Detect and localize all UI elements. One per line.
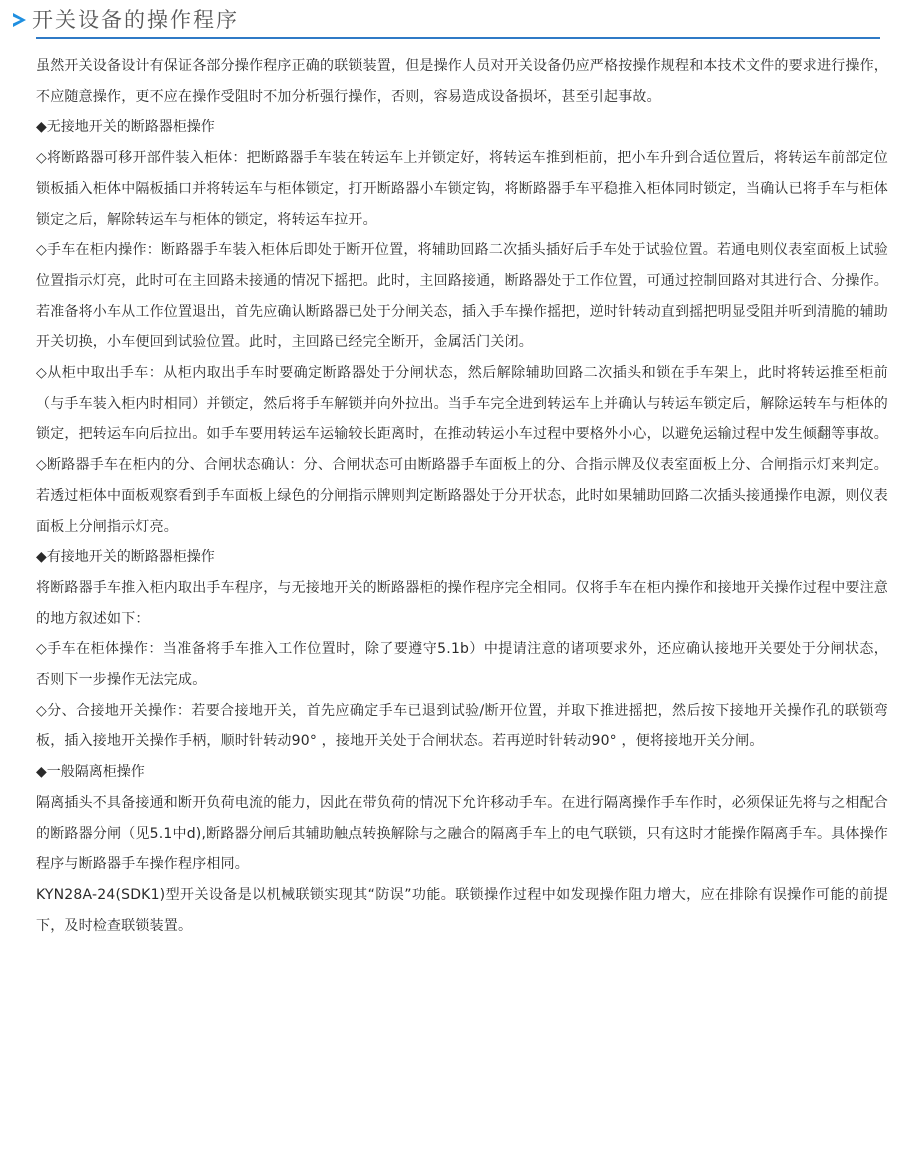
section-heading-with-earthing: ◆有接地开关的断路器柜操作 [36, 542, 888, 573]
paragraph-isolation: 隔离插头不具备接通和断开负荷电流的能力，因此在带负荷的情况下允许移动手车。在进行… [36, 788, 888, 880]
section-heading-no-earthing: ◆无接地开关的断路器柜操作 [36, 112, 888, 143]
paragraph-earthing-intro: 将断路器手车推入柜内取出手车程序，与无接地开关的断路器柜的操作程序完全相同。仅将… [36, 573, 888, 634]
section-header: 开关设备的操作程序 [12, 4, 239, 34]
paragraph-earthing-switch: ◇分、合接地开关操作：若要合接地开关，首先应确定手车已退到试验/断开位置，并取下… [36, 696, 888, 757]
paragraph-truck-in-body: ◇手车在柜体操作：当准备将手车推入工作位置时，除了要遵守5.1b）中提请注意的诸… [36, 634, 888, 695]
paragraph-interlock: KYN28A-24(SDK1)型开关设备是以机械联锁实现其“防误”功能。联锁操作… [36, 880, 888, 941]
page-title: 开关设备的操作程序 [32, 4, 239, 34]
chevron-right-icon [12, 10, 28, 30]
paragraph-remove-truck: ◇从柜中取出手车：从柜内取出手车时要确定断路器处于分闸状态，然后解除辅助回路二次… [36, 358, 888, 450]
intro-paragraph: 虽然开关设备设计有保证各部分操作程序正确的联锁装置，但是操作人员对开关设备仍应严… [36, 51, 888, 112]
paragraph-truck-in-cabinet: ◇手车在柜内操作：断路器手车装入柜体后即处于断开位置，将辅助回路二次插头插好后手… [36, 235, 888, 296]
title-divider [36, 37, 880, 39]
paragraph-insert-truck: ◇将断路器可移开部件装入柜体：把断路器手车装在转运车上并锁定好，将转运车推到柜前… [36, 143, 888, 235]
paragraph-withdraw-truck: 若准备将小车从工作位置退出，首先应确认断路器已处于分闸关态，插入手车操作摇把，逆… [36, 297, 888, 358]
document-body: 虽然开关设备设计有保证各部分操作程序正确的联锁装置，但是操作人员对开关设备仍应严… [36, 51, 888, 941]
paragraph-status-confirm: ◇断路器手车在柜内的分、合闸状态确认：分、合闸状态可由断路器手车面板上的分、合指… [36, 450, 888, 542]
section-heading-isolation: ◆一般隔离柜操作 [36, 757, 888, 788]
